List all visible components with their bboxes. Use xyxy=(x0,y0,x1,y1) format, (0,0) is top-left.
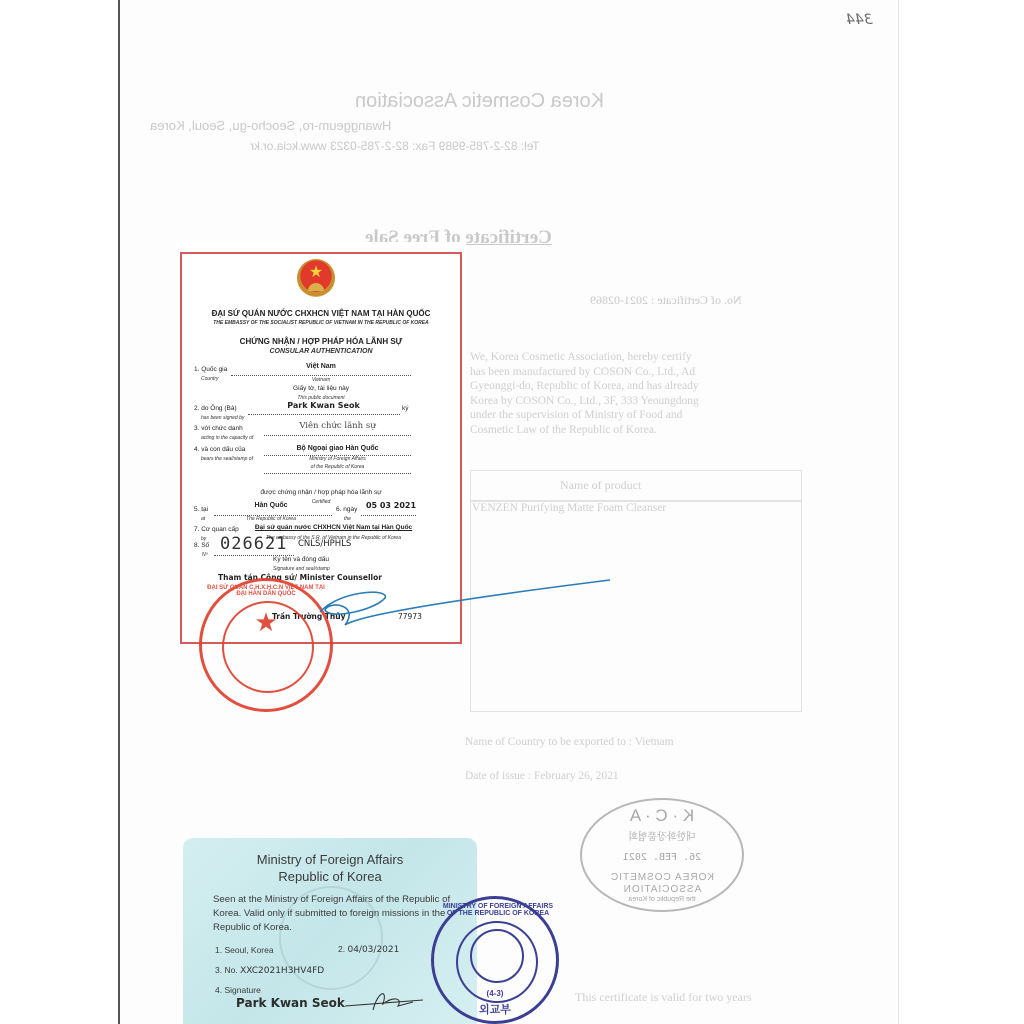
certified-vi: được chứng nhận / hợp pháp hóa lãnh sự xyxy=(176,489,466,496)
heading-en: CONSULAR AUTHENTICATION xyxy=(176,348,466,355)
field3-value: Viên chức lãnh sự xyxy=(264,421,411,431)
document-vi: Giấy tờ, tài liệu này xyxy=(256,385,386,392)
sticker-statement: Seen at the Ministry of Foreign Affairs … xyxy=(213,893,463,935)
field4-value: Bộ Ngoại giao Hàn Quốc xyxy=(264,445,411,452)
sticker-field4: 4. Signature xyxy=(215,985,261,995)
field3-label: 3. với chức danh xyxy=(194,425,243,432)
field1-sub: Country xyxy=(201,376,219,382)
seal-text: MINISTRY OF FOREIGN AFFAIRS OF THE REPUB… xyxy=(440,903,556,917)
field1-value-en: Vietnam xyxy=(256,377,386,383)
sticker-field3: 3. No. XXC2021H3HV4FD xyxy=(215,965,324,976)
field6-value: 05 03 2021 xyxy=(361,501,421,510)
validity-line: This certificate is valid for two years xyxy=(575,990,752,1005)
signature-stroke xyxy=(300,570,620,640)
field4-value-en1: Ministry of Foreign Affairs xyxy=(264,456,411,462)
association-name: Korea Cosmetic Association xyxy=(355,90,604,113)
field5-sub: at xyxy=(201,516,205,522)
vietnam-emblem-icon: ★ xyxy=(297,259,335,297)
field3-sub: acting in the capacity of xyxy=(201,435,253,441)
association-contact: Tel: 82-2-785-9989 Fax: 82-2-785-0323 ww… xyxy=(250,139,539,153)
sticker-field2: 2. 04/03/2021 xyxy=(338,944,399,955)
embassy-title-vi: ĐẠI SỨ QUÁN NƯỚC CHXHCN VIỆT NAM TẠI HÀN… xyxy=(176,309,466,318)
issue-date-line: Date of issue : February 26, 2021 xyxy=(465,770,619,782)
field6-label: 6. ngày xyxy=(336,506,357,513)
sticker-field1: 1. Seoul, Korea xyxy=(215,945,274,955)
field6-sub: the xyxy=(344,516,351,522)
embassy-title-en: THE EMBASSY OF THE SOCIALIST REPUBLIC OF… xyxy=(176,320,466,326)
product-table-header: Name of product xyxy=(560,478,641,493)
field2-value: Park Kwan Seok xyxy=(256,401,391,410)
field7-value: Đại sứ quán nước CHXHCN Việt Nam tại Hàn… xyxy=(246,524,421,531)
sticker-signer-name: Park Kwan Seok xyxy=(236,996,345,1010)
field2-sub: has been signed by xyxy=(201,415,244,421)
mofa-blue-seal: MINISTRY OF FOREIGN AFFAIRS OF THE REPUB… xyxy=(431,896,559,1024)
field4-sub: bears the seal/stamp of xyxy=(201,456,253,462)
field4-value-en2: of the Republic of Korea xyxy=(264,464,411,470)
field8-label: 8. Số xyxy=(194,542,209,549)
sticker-title-line2: Republic of Korea xyxy=(183,869,477,884)
seal-korean: 외교부 xyxy=(434,1001,556,1017)
field1-label: 1. Quốc gia xyxy=(194,366,227,373)
mofa-authentication-sticker: Ministry of Foreign Affairs Republic of … xyxy=(183,838,477,1024)
export-country-line: Name of Country to be exported to : Viet… xyxy=(465,736,674,748)
field7-label: 7. Cơ quan cấp xyxy=(194,526,239,533)
sticker-signature-stroke xyxy=(343,986,428,1016)
certificate-body: We, Korea Cosmetic Association, hereby c… xyxy=(470,350,699,437)
certificate-number: No. of Certificate : 2021-02869 xyxy=(590,293,742,308)
heading-vi: CHỨNG NHẬN / HỢP PHÁP HÓA LÃNH SỰ xyxy=(176,337,466,346)
association-address: Hwanggeum-ro, Seocho-gu, Seoul, Korea xyxy=(150,118,391,133)
handwritten-page-note: 344 xyxy=(846,12,873,28)
seal-emblem-icon xyxy=(470,929,524,983)
field4-label: 4. và con dấu của xyxy=(194,446,245,453)
sign-label-vi: Ký tên và đóng dấu xyxy=(273,556,329,563)
product-table-row: VENZEN Purifying Matte Foam Cleanser xyxy=(472,502,666,514)
kca-stamp: K · C · A 대한화장품협회 26. FEB. 2021 KOREA CO… xyxy=(580,798,744,912)
field5-value: Hàn Quốc xyxy=(216,502,326,509)
field8-sub: Nº xyxy=(202,552,207,558)
field5-label: 5. tại xyxy=(194,506,208,513)
field1-value: Việt Nam xyxy=(256,363,386,370)
field2-suffix: ký xyxy=(402,405,409,412)
field2-label: 2. do Ông (Bà) xyxy=(194,405,237,412)
sticker-title-line1: Ministry of Foreign Affairs xyxy=(183,852,477,867)
field5-value-en: The Republic of Korea xyxy=(216,516,326,522)
seal-code: (4-3) xyxy=(434,989,556,998)
field8-number: 026621 xyxy=(220,534,287,554)
field8-code: CNLS/HPHLS xyxy=(298,539,351,549)
